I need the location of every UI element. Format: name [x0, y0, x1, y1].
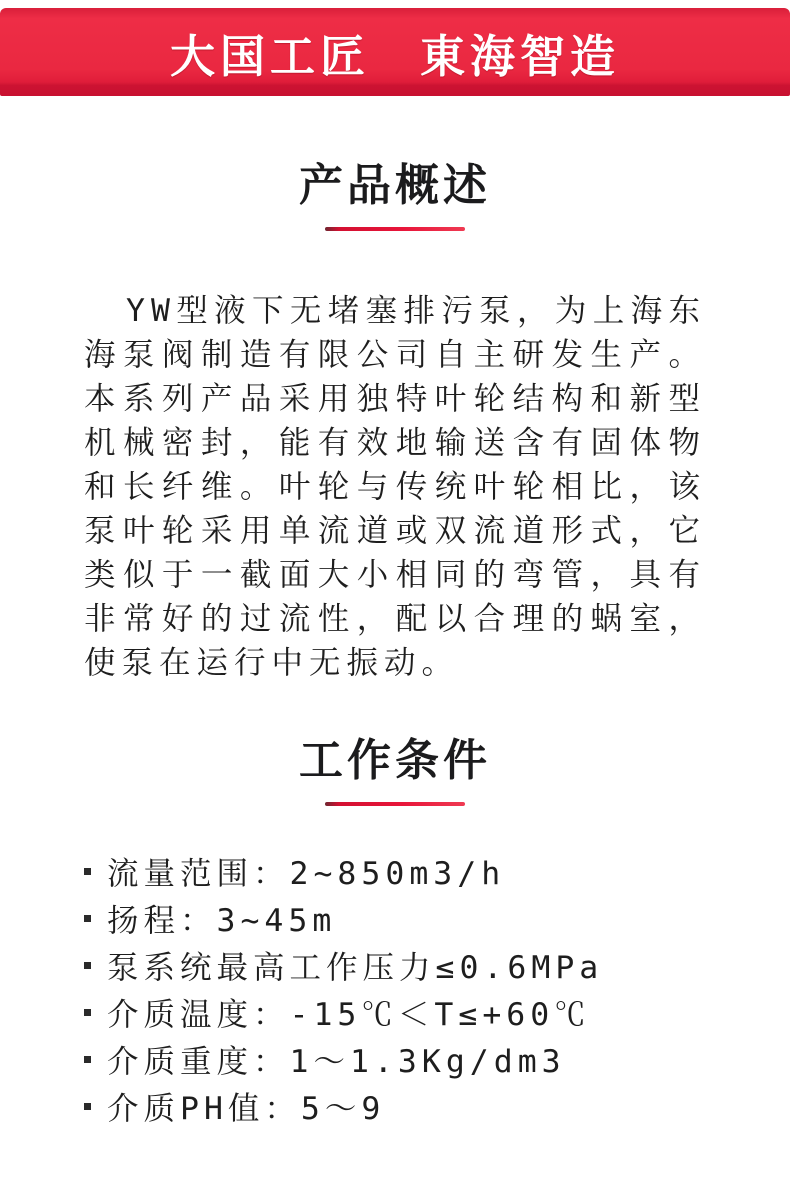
- list-item-medium-ph: 介质PH值：5～9: [84, 1083, 730, 1130]
- bullet-dot-icon: [84, 915, 91, 922]
- condition-text: 介质PH值：5～9: [107, 1084, 385, 1129]
- conditions-list: 流量范围：2~850m3/h 扬程：3~45m 泵系统最高工作压力≤0.6MPa…: [84, 848, 730, 1130]
- list-item-medium-density: 介质重度：1～1.3Kg/dm3: [84, 1036, 730, 1083]
- brand-banner: 大国工匠 東海智造: [0, 8, 790, 96]
- condition-text: 介质温度：-15℃＜T≤+60℃: [107, 990, 591, 1035]
- overview-section-title: 产品概述: [0, 160, 790, 212]
- overview-paragraph: YW型液下无堵塞排污泵，为上海东海泵阀制造有限公司自主研发生产。本系列产品采用独…: [84, 289, 706, 685]
- bullet-dot-icon: [84, 868, 91, 875]
- section-product-overview: 产品概述 YW型液下无堵塞排污泵，为上海东海泵阀制造有限公司自主研发生产。本系列…: [0, 160, 790, 685]
- list-item-flow-range: 流量范围：2~850m3/h: [84, 848, 730, 895]
- conditions-section-title: 工作条件: [0, 735, 790, 787]
- list-item-max-pressure: 泵系统最高工作压力≤0.6MPa: [84, 942, 730, 989]
- bullet-dot-icon: [84, 1009, 91, 1016]
- overview-title-underline: [325, 227, 465, 231]
- bullet-dot-icon: [84, 1056, 91, 1063]
- section-working-conditions: 工作条件 流量范围：2~850m3/h 扬程：3~45m 泵系统最高工作压力≤0…: [0, 735, 790, 1130]
- condition-text: 流量范围：2~850m3/h: [107, 849, 505, 894]
- condition-text: 泵系统最高工作压力≤0.6MPa: [107, 943, 603, 988]
- product-detail-page: 大国工匠 東海智造 产品概述 YW型液下无堵塞排污泵，为上海东海泵阀制造有限公司…: [0, 8, 790, 1196]
- bullet-dot-icon: [84, 962, 91, 969]
- bullet-dot-icon: [84, 1103, 91, 1110]
- banner-slogan: 大国工匠 東海智造: [170, 20, 620, 85]
- condition-text: 扬程：3~45m: [107, 896, 336, 941]
- condition-text: 介质重度：1～1.3Kg/dm3: [107, 1037, 566, 1082]
- conditions-title-underline: [325, 802, 465, 806]
- list-item-head: 扬程：3~45m: [84, 895, 730, 942]
- list-item-medium-temperature: 介质温度：-15℃＜T≤+60℃: [84, 989, 730, 1036]
